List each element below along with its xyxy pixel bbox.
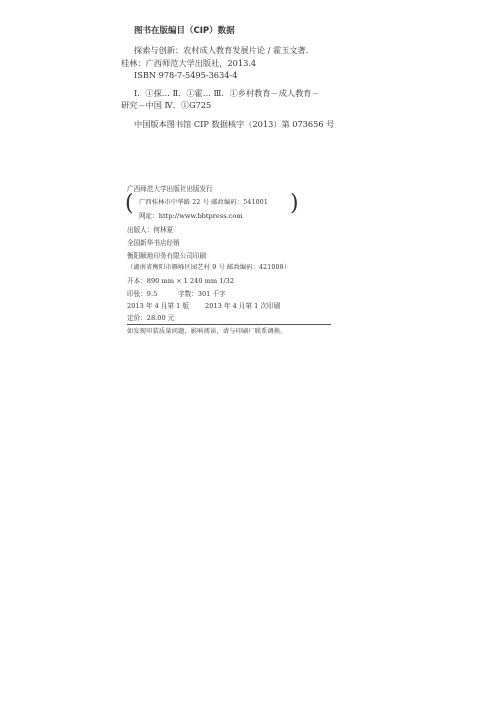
printed-sheets: 印张：9.5	[127, 288, 157, 298]
distributor: 全国新华书店经销	[127, 237, 180, 247]
printer: 衡阳顺地印务有限公司印刷	[127, 250, 206, 260]
word-count: 字数：301 千字	[178, 288, 226, 298]
cip-publisher-line: 桂林：广西师范大学出版社，2013.4	[121, 58, 256, 69]
edition-info: 2013 年 4 月第 1 版	[127, 300, 189, 310]
cip-classification-line: Ⅰ．①探… Ⅱ．①霍… Ⅲ．①乡村教育－成人教育－	[134, 88, 320, 99]
printer-address: （湖南省衡阳市雁峰区园艺村 9 号 邮政编码：421008）	[127, 262, 290, 271]
price: 定价：28.00 元	[127, 312, 174, 322]
book-format: 开本：890 mm × 1 240 mm 1/32	[127, 275, 234, 285]
right-parenthesis: )	[290, 193, 299, 215]
publisher-website: 网址：http://www.bbtpress.com	[139, 210, 243, 220]
cip-verification-number: 中国版本图书馆 CIP 数据核字（2013）第 073656 号	[134, 119, 334, 130]
publisher-address: 广西桂林市中华路 22 号 邮政编码：541001	[139, 197, 268, 206]
publisher-person: 出版人：何林夏	[127, 224, 173, 234]
cip-classification-line-2: 研究－中国 Ⅳ．①G725	[121, 100, 211, 111]
cip-title: 图书在版编目（CIP）数据	[134, 24, 235, 36]
divider-line	[127, 324, 331, 325]
publisher-distributor: 广西师范大学出版社出版发行	[127, 183, 213, 193]
printing-info: 2013 年 4 月第 1 次印刷	[205, 300, 280, 310]
left-parenthesis: (	[125, 193, 134, 215]
cip-book-title-line: 探索与创新：农村成人教育发展片论 / 霍玉文著．	[134, 45, 314, 56]
cip-isbn: ISBN 978-7-5495-3634-4	[134, 70, 237, 80]
quality-notice: 如发现印装质量问题，影响阅读，请与印刷厂联系调换。	[127, 326, 287, 335]
